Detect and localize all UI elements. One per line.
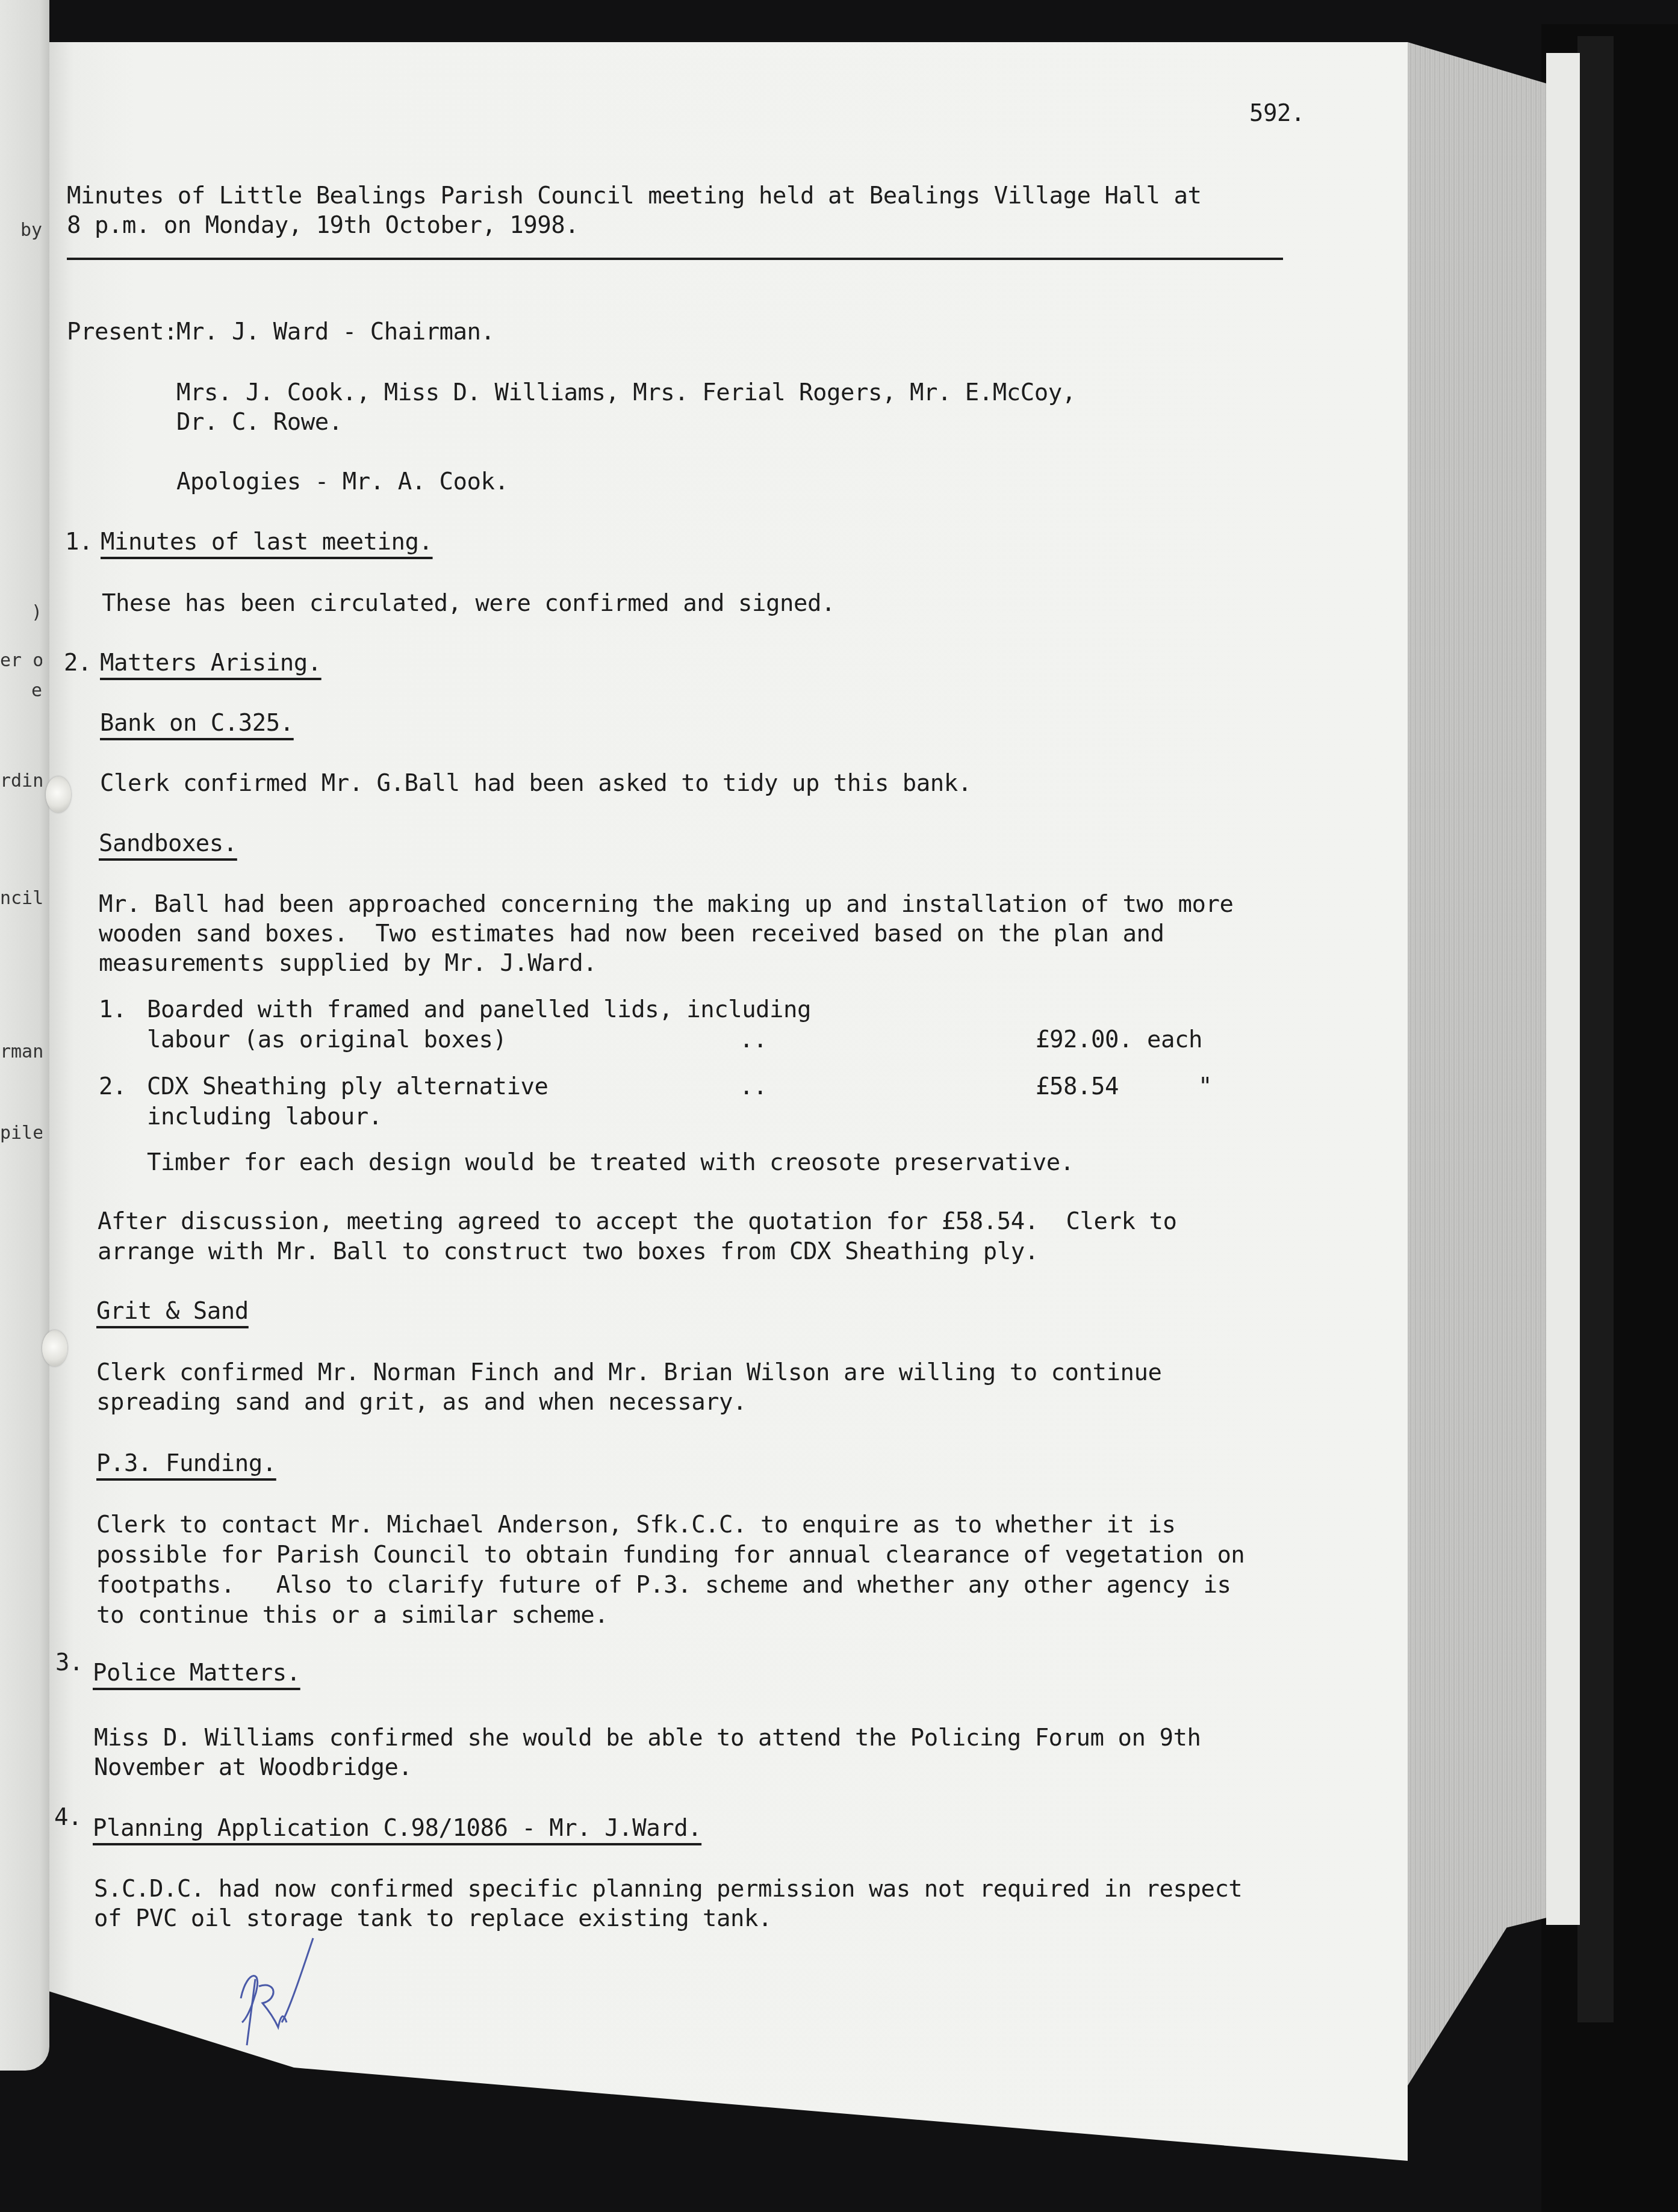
- estimate-description: Boarded with framed and panelled lids, i…: [147, 994, 811, 1026]
- subsection-body: wooden sand boxes. Two estimates had now…: [99, 919, 1164, 950]
- previous-page-sliver: by ) er of e rding ncil rman piled: [0, 0, 49, 2071]
- estimate-leader: ..: [739, 1071, 767, 1103]
- sandbox-decision: After discussion, meeting agreed to acce…: [98, 1206, 1176, 1238]
- estimate-unit: ": [1198, 1071, 1212, 1103]
- estimate-description: CDX Sheathing ply alternative: [147, 1071, 548, 1103]
- estimate-number: 1.: [99, 994, 126, 1026]
- left-page-fragment: rman: [0, 1041, 42, 1062]
- meeting-title-line: Minutes of Little Bealings Parish Counci…: [67, 181, 1201, 212]
- estimate-price: £92.00.: [1036, 1024, 1133, 1056]
- item-number: 1.: [65, 527, 93, 558]
- chairman-initials-signature: [229, 1932, 349, 2065]
- estimate-number: 2.: [99, 1071, 126, 1103]
- estimate-price: £58.54: [1036, 1071, 1119, 1103]
- left-page-fragment: ncil: [0, 888, 42, 909]
- chairman: Mr. J. Ward - Chairman.: [176, 317, 495, 348]
- subheading-p3-funding: P.3. Funding.: [96, 1448, 276, 1479]
- left-page-fragment: piled: [0, 1123, 42, 1144]
- subsection-body: Clerk to contact Mr. Michael Anderson, S…: [96, 1510, 1175, 1541]
- item-body: Miss D. Williams confirmed she would be …: [94, 1723, 1201, 1754]
- subsection-body: Mr. Ball had been approached concerning …: [99, 889, 1233, 920]
- title-rule: [67, 258, 1283, 260]
- binding-hole: [46, 776, 71, 813]
- subsection-body: possible for Parish Council to obtain fu…: [96, 1540, 1245, 1571]
- item-number: 4.: [54, 1802, 82, 1833]
- left-page-fragment: e: [0, 680, 42, 701]
- subsection-body: to continue this or a similar scheme.: [96, 1600, 608, 1631]
- meeting-title-line: 8 p.m. on Monday, 19th October, 1998.: [67, 210, 579, 241]
- apologies: Apologies - Mr. A. Cook.: [176, 466, 509, 498]
- subheading-bank: Bank on C.325.: [100, 708, 294, 739]
- item-body: of PVC oil storage tank to replace exist…: [94, 1903, 772, 1935]
- left-page-fragment: er of: [0, 650, 42, 671]
- subheading-sandboxes: Sandboxes.: [99, 828, 237, 860]
- present-label: Present:: [67, 317, 178, 348]
- left-page-fragment: ): [0, 602, 42, 623]
- subsection-body: measurements supplied by Mr. J.Ward.: [99, 948, 597, 979]
- estimate-unit: each: [1147, 1024, 1202, 1056]
- estimate-description: labour (as original boxes): [147, 1024, 506, 1056]
- left-page-fragment: rding: [0, 770, 42, 792]
- item-body: S.C.D.C. had now confirmed specific plan…: [94, 1874, 1242, 1905]
- item-heading-police: Police Matters.: [93, 1658, 300, 1689]
- next-page-edge: [1546, 53, 1580, 1925]
- timber-note: Timber for each design would be treated …: [147, 1147, 1074, 1179]
- subsection-body: footpaths. Also to clarify future of P.3…: [96, 1570, 1231, 1601]
- item-number: 3.: [55, 1647, 83, 1679]
- item-heading-minutes: Minutes of last meeting.: [101, 527, 433, 558]
- item-body: These has been circulated, were confirme…: [102, 588, 835, 619]
- subsection-body: Clerk confirmed Mr. G.Ball had been aske…: [100, 768, 972, 799]
- members-line: Mrs. J. Cook., Miss D. Williams, Mrs. Fe…: [176, 377, 1076, 409]
- estimate-description: including labour.: [147, 1101, 382, 1133]
- binder-cover-lip: [1577, 36, 1614, 2022]
- item-number: 2.: [64, 648, 92, 679]
- members-line: Dr. C. Rowe.: [176, 407, 343, 438]
- item-heading-matters-arising: Matters Arising.: [100, 648, 322, 679]
- subsection-body: Clerk confirmed Mr. Norman Finch and Mr.…: [96, 1357, 1161, 1389]
- item-heading-planning: Planning Application C.98/1086 - Mr. J.W…: [93, 1813, 701, 1844]
- item-body: November at Woodbridge.: [94, 1752, 412, 1783]
- estimate-leader: ..: [739, 1024, 767, 1056]
- subsection-body: spreading sand and grit, as and when nec…: [96, 1387, 747, 1418]
- page-stack-edge: [1408, 42, 1549, 2149]
- sandbox-decision: arrange with Mr. Ball to construct two b…: [98, 1236, 1039, 1268]
- binding-hole: [42, 1330, 67, 1366]
- subheading-grit-sand: Grit & Sand: [96, 1296, 249, 1327]
- page-number: 592.: [1249, 98, 1305, 129]
- left-page-fragment: by: [0, 220, 42, 241]
